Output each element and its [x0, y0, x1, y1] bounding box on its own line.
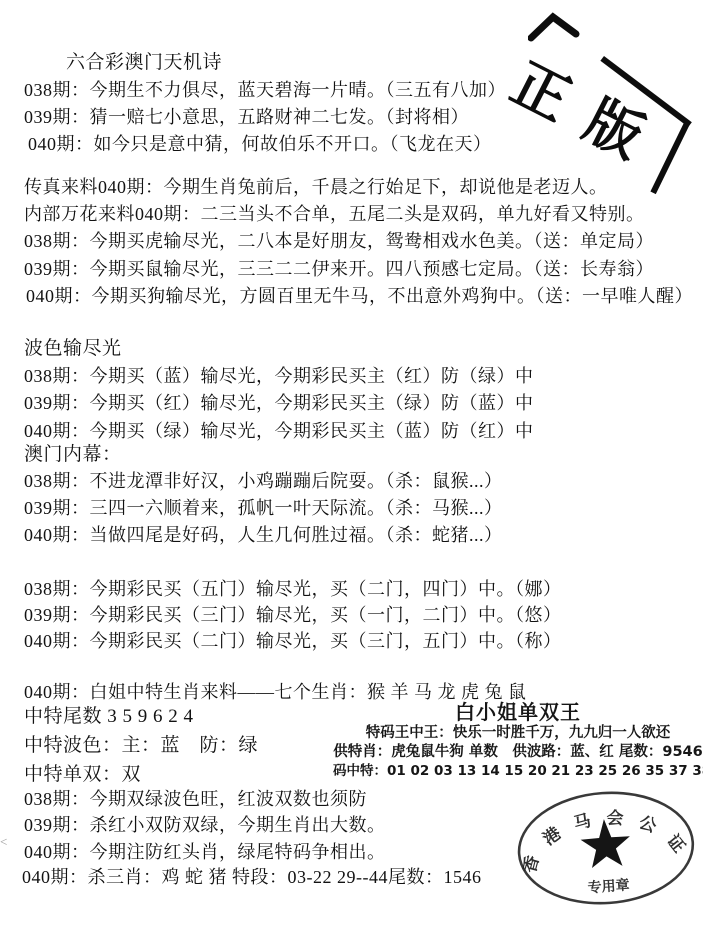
men-line: 039期：今期彩民买（三门）输尽光，买（一门，二门）中。（悠）: [24, 604, 562, 626]
tip-line: 039期：今期买鼠输尽光，三三二二伊来开。四八预感七定局。（送：长寿翁）: [24, 258, 654, 280]
tip-line: 038期：今期买虎输尽光，二八本是好朋友，鸳鸯相戏水色美。（送：单定局）: [24, 230, 654, 252]
scan-artifact: <: [0, 834, 7, 850]
zhongte-tail-numbers: 中特尾数 3 5 9 6 2 4: [24, 706, 194, 728]
poem-title: 六合彩澳门天机诗: [66, 52, 222, 74]
baixiaojie-line: 供特肖：虎兔鼠牛狗 单数 供波路：蓝、红 尾数：9546: [333, 743, 703, 762]
authenticity-stamp-text: 正版: [500, 40, 682, 186]
baixiaojie-line: 特码王中王：快乐一时胜千万，九九归一人欲还: [333, 724, 703, 743]
men-line: 038期：今期彩民买（五门）输尽光，买（二门，四门）中。（娜）: [24, 578, 562, 600]
zhongte-odd-even: 中特单双：双: [24, 764, 141, 786]
men-line: 040期：今期彩民买（二门）输尽光，买（三门，五门）中。（称）: [24, 630, 562, 652]
lottery-fax-sheet: 正版 六合彩澳门天机诗 038期：今期生不力俱尽，蓝天碧海一片晴。（三五有八加）…: [0, 0, 703, 951]
closing-line: 040期：杀三肖：鸡 蛇 猪 特段：03-22 29--44尾数：1546: [22, 866, 481, 888]
baixiaojie-title: 白小姐单双王: [333, 700, 703, 724]
neimu-line: 038期：不进龙潭非好汉，小鸡蹦蹦后院耍。（杀：鼠猴...）: [24, 470, 503, 492]
baixiaojie-block: 白小姐单双王 特码王中王：快乐一时胜千万，九九归一人欲还 供特肖：虎兔鼠牛狗 单…: [333, 700, 703, 781]
tip-line: 040期：今期买狗输尽光，方圆百里无牛马，不出意外鸡狗中。（送：一早唯人醒）: [26, 285, 693, 307]
poem-line: 039期：猜一赔七小意思，五路财神二七发。（封将相）: [24, 106, 469, 128]
closing-line: 038期：今期双绿波色旺，红波双数也须防: [24, 788, 367, 810]
poem-line: 038期：今期生不力俱尽，蓝天碧海一片晴。（三五有八加）: [24, 79, 506, 101]
bose-line: 040期：今期买（绿）输尽光，今期彩民买主（蓝）防（红）中: [24, 420, 534, 442]
fax-line: 传真来料040期：今期生肖兔前后，千晨之行始足下，却说他是老迈人。: [24, 176, 608, 198]
baixiaojie-numbers-line: 码中特：01 02 03 13 14 15 20 21 23 25 26 35 …: [333, 762, 703, 781]
bose-line: 039期：今期买（红）输尽光，今期彩民买主（绿）防（蓝）中: [24, 392, 534, 414]
notary-seal: 香港马会公证处 专用章: [510, 783, 702, 916]
insider-line: 内部万花来料040期：二三当头不合单，五尾二头是双码，单九好看又特别。: [24, 203, 645, 225]
svg-text:香港马会公证处: 香港马会公证处: [510, 783, 690, 878]
closing-line: 040期：今期注防红头肖，绿尾特码争相出。: [24, 841, 386, 863]
closing-line: 039期：杀红小双防双绿，今期生肖出大数。: [24, 814, 386, 836]
stamp-corner-mark-icon: [528, 12, 580, 42]
bose-title: 波色输尽光: [24, 338, 122, 360]
neimu-title: 澳门内幕：: [24, 444, 122, 466]
zhongte-wave-color: 中特波色：主：蓝 防：绿: [24, 735, 258, 757]
poem-line: 040期：如今只是意中猜，何故伯乐不开口。（飞龙在天）: [28, 133, 492, 155]
seal-arc-text: 香港马会公证处: [510, 783, 690, 878]
bose-line: 038期：今期买（蓝）输尽光，今期彩民买主（红）防（绿）中: [24, 365, 534, 387]
seal-bottom-text: 专用章: [587, 876, 630, 896]
neimu-line: 039期：三四一六顺着来，孤帆一叶天际流。（杀：马猴...）: [24, 497, 503, 519]
neimu-line: 040期：当做四尾是好码，人生几何胜过福。（杀：蛇猪...）: [24, 524, 503, 546]
